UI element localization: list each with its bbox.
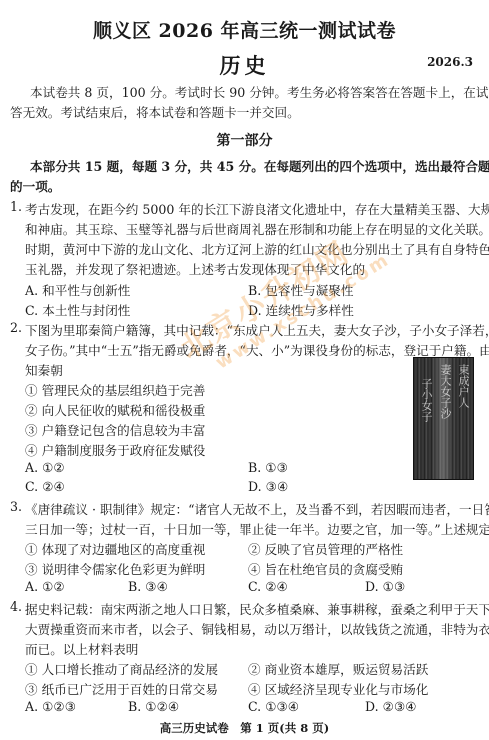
choice-text: ①②③ bbox=[42, 699, 76, 714]
choice-a[interactable]: A. 和平性与创新性 bbox=[25, 280, 130, 299]
part-intro-line-1: 本部分共 15 题，每题 3 分，共 45 分。在每题列出的四个选项中，选出最符… bbox=[30, 156, 489, 175]
choice-text: ①③ bbox=[265, 460, 288, 475]
choice-label: D. bbox=[365, 579, 379, 594]
slip-text-column: 子小女子 bbox=[419, 378, 433, 422]
statement-4: ④ 旨在杜绝官员的贪腐受贿 bbox=[248, 559, 403, 578]
choice-label: C. bbox=[248, 699, 261, 714]
choice-label: B. bbox=[128, 699, 141, 714]
statement-3: ③ 纸币已广泛用于百姓的日常交易 bbox=[25, 679, 218, 698]
choice-text: ①③④ bbox=[265, 699, 299, 714]
choice-text: ③④ bbox=[266, 479, 289, 494]
statement-4: ④ 户籍制度服务于政府征发赋役 bbox=[25, 440, 205, 459]
question-stem-line: 《唐律疏议 · 职制律》规定：“诸官人无故不上，及当番不到，若因暇而违者，一日笞… bbox=[25, 499, 489, 518]
choice-label: C. bbox=[248, 579, 261, 594]
choice-text: ②④ bbox=[265, 579, 288, 594]
statement-4: ④ 区域经济呈现专业化与市场化 bbox=[248, 679, 428, 698]
choice-d[interactable]: D. ②③④ bbox=[365, 699, 417, 714]
question-stem-line: 考古发现，在距今约 5000 年的长江下游良渚文化遗址中，存在大量精美玉器、大规… bbox=[25, 199, 489, 218]
choice-label: B. bbox=[248, 460, 261, 475]
question-stem-line: 和神庙。其玉琮、玉璧等礼器与后世商周礼器在形制和功能上存在明显的文化关联。同 bbox=[25, 219, 489, 238]
choice-label: D. bbox=[248, 479, 262, 494]
choice-label: D. bbox=[248, 303, 262, 318]
choice-a[interactable]: A. ①②③ bbox=[25, 699, 76, 714]
choice-a[interactable]: A. ①② bbox=[25, 460, 65, 475]
statement-3: ③ 说明律令儒家化色彩更为鲜明 bbox=[25, 559, 205, 578]
choice-text: ②③④ bbox=[383, 699, 417, 714]
choice-label: A. bbox=[25, 579, 38, 594]
choice-text: ①③ bbox=[383, 579, 406, 594]
question-stem-line: 时期，黄河中下游的龙山文化、北方辽河上游的红山文化也分别出土了具有自身特色的 bbox=[25, 239, 489, 258]
question-stem-line: 玉礼器，并发现了祭祀遗迹。上述考古发现体现了中华文化的 bbox=[25, 259, 365, 278]
choice-label: A. bbox=[25, 283, 38, 298]
choice-text: ①② bbox=[42, 460, 65, 475]
statement-1: ① 管理民众的基层组织趋于完善 bbox=[25, 380, 205, 399]
choice-label: C. bbox=[25, 303, 38, 318]
choice-label: D. bbox=[365, 699, 379, 714]
instructions-line-2: 答无效。考试结束后，将本试卷和答题卡一并交回。 bbox=[10, 102, 300, 121]
choice-text: 本土性与封闭性 bbox=[42, 303, 130, 318]
question-stem-line: 而已。以上材料表明 bbox=[25, 639, 138, 658]
choice-label: C. bbox=[25, 479, 38, 494]
choice-b[interactable]: B. ①③ bbox=[248, 460, 288, 475]
question-stem-line: 下图为里耶秦简户籍簿，其中记载：“东成户人上五夫，妻大女子沙，子小女子泽若，子小 bbox=[25, 320, 489, 339]
question-number: 3. bbox=[10, 499, 22, 514]
choice-text: 包容性与凝聚性 bbox=[265, 283, 353, 298]
choice-text: 连续性与多样性 bbox=[266, 303, 354, 318]
statement-2: ② 反映了官员管理的严格性 bbox=[248, 539, 403, 558]
choice-c[interactable]: C. ②④ bbox=[248, 579, 288, 594]
choice-a[interactable]: A. ①② bbox=[25, 579, 65, 594]
question-stem-line: 大贾操重资而来市者，以会子、铜钱相易，动以万缗计，以故钱货之流通，非特为衣食之需 bbox=[25, 619, 489, 638]
question-number: 2. bbox=[10, 320, 22, 335]
page-footer: 高三历史试卷 第 1 页(共 8 页) bbox=[0, 720, 489, 736]
slip-text-column: 東成户人 bbox=[456, 364, 470, 408]
question-number: 4. bbox=[10, 599, 22, 614]
choice-label: A. bbox=[25, 460, 38, 475]
choice-text: ①② bbox=[42, 579, 65, 594]
instructions-line-1: 本试卷共 8 页，100 分。考试时长 90 分钟。考生务必将答案答在答题卡上，… bbox=[30, 82, 489, 101]
statement-2: ② 商业资本雄厚，贩运贸易活跃 bbox=[248, 659, 428, 678]
question-stem-line: 三日加一等；过杖一百，十日加一等，罪止徒一年半。边要之官，加一等。”上述规定 bbox=[25, 519, 489, 538]
question-stem-line: 据史料记载：南宋两浙之地人口日繁，民众多植桑麻、兼事耕稼，蚕桑之利甲于天下，富商 bbox=[25, 599, 489, 618]
choice-d[interactable]: D. 连续性与多样性 bbox=[248, 300, 354, 319]
choice-d[interactable]: D. ①③ bbox=[365, 579, 405, 594]
choice-label: B. bbox=[248, 283, 261, 298]
choice-b[interactable]: B. ③④ bbox=[128, 579, 168, 594]
choice-text: 和平性与创新性 bbox=[42, 283, 130, 298]
bamboo-slip-image: 東成户人 妻大女子沙 子小女子 bbox=[413, 357, 474, 480]
exam-date: 2026.3 bbox=[427, 55, 473, 69]
choice-text: ②④ bbox=[42, 479, 65, 494]
choice-c[interactable]: C. ①③④ bbox=[248, 699, 299, 714]
choice-label: B. bbox=[128, 579, 141, 594]
statement-1: ① 体现了对边疆地区的高度重视 bbox=[25, 539, 205, 558]
choice-d[interactable]: D. ③④ bbox=[248, 479, 288, 494]
choice-b[interactable]: B. 包容性与凝聚性 bbox=[248, 280, 353, 299]
statement-1: ① 人口增长推动了商品经济的发展 bbox=[25, 659, 218, 678]
choice-c[interactable]: C. 本土性与封闭性 bbox=[25, 300, 130, 319]
part-intro-line-2: 的一项。 bbox=[10, 176, 60, 195]
part-heading: 第一部分 bbox=[0, 130, 489, 150]
choice-label: A. bbox=[25, 699, 38, 714]
choice-b[interactable]: B. ①②④ bbox=[128, 699, 179, 714]
question-stem-line: 知秦朝 bbox=[25, 360, 63, 379]
statement-3: ③ 户籍登记包含的信息较为丰富 bbox=[25, 420, 205, 439]
exam-title: 顺义区 2026 年高三统一测试试卷 bbox=[0, 16, 489, 43]
choice-text: ①②④ bbox=[145, 699, 179, 714]
statement-2: ② 向人民征收的赋税和徭役极重 bbox=[25, 400, 205, 419]
slip-text-column: 妻大女子沙 bbox=[438, 364, 452, 419]
choice-c[interactable]: C. ②④ bbox=[25, 479, 65, 494]
choice-text: ③④ bbox=[145, 579, 168, 594]
subject-title: 历史 bbox=[0, 50, 489, 80]
question-number: 1. bbox=[10, 199, 22, 214]
